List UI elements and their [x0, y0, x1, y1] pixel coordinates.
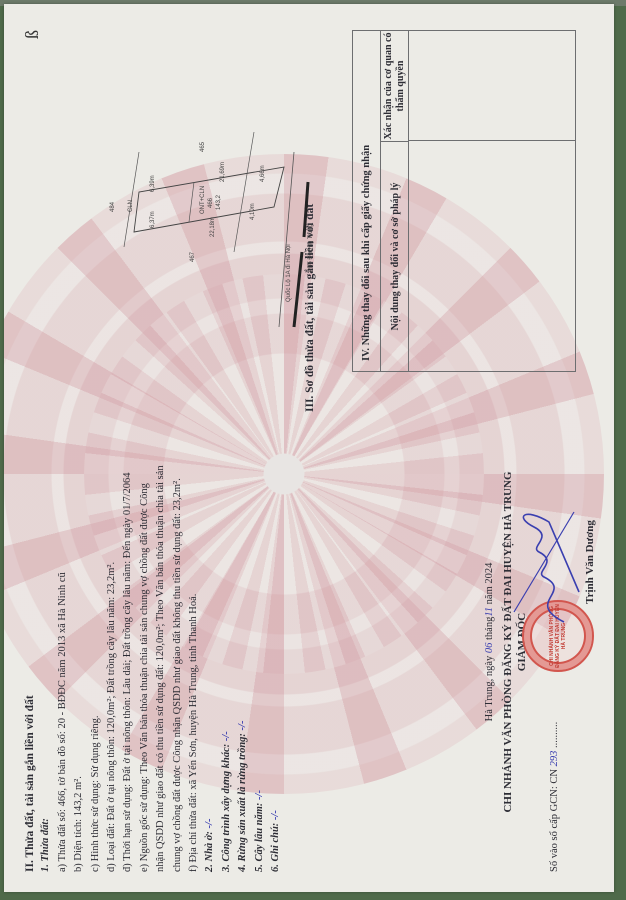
- dim: 6,39m: [150, 175, 156, 192]
- land-type-line: d) Loại đất: Đất ở tại nông thôn: 120,0m…: [104, 432, 120, 872]
- parcel-number-line: a) Thửa đất số: 466, tờ bản đồ số: 20 - …: [55, 432, 71, 872]
- dim: 6,37m: [150, 211, 156, 228]
- item-note: 6. Ghi chú: -/-: [268, 432, 284, 872]
- usage-term-line: đ) Thời hạn sử dụng: Đất ở tại nông thôn…: [120, 432, 136, 872]
- year: năm 2024: [484, 563, 495, 605]
- dim: 4,66m: [260, 165, 266, 182]
- section-2-subheading: 1. Thửa đất:: [38, 432, 54, 872]
- col-change-content: Nội dung thay đổi và cơ sở pháp lý: [381, 141, 409, 371]
- origin-line-1: e) Nguồn gốc sử dụng: Theo Văn bản thỏa …: [137, 432, 153, 872]
- parcel-area: 143,2: [216, 194, 222, 210]
- section-4-heading: IV. Những thay đổi sau khi cấp giấy chứn…: [353, 31, 381, 371]
- neighbor-465: 465: [200, 141, 206, 152]
- signer-name: Trịnh Văn Dương: [584, 462, 596, 662]
- origin-line-3: chung vợ chồng đất được Công nhận QSDD n…: [170, 432, 186, 872]
- neighbor-467: 467: [190, 251, 196, 262]
- item-label: 4. Rừng sản xuất là rừng trồng:: [237, 733, 248, 872]
- issuing-organization: CHI NHÁNH VĂN PHÒNG ĐĂNG KÝ ĐẤT ĐAI HUYỆ…: [502, 422, 514, 862]
- item-forest: 4. Rừng sản xuất là rừng trồng: -/-: [235, 432, 251, 872]
- area-line: b) Diện tích: 143,2 m².: [71, 432, 87, 872]
- rotated-content: II. Thửa đất, tài sản gắn liền với đất 1…: [4, 12, 614, 892]
- lane-label: Phố Đường Trung: [308, 224, 314, 272]
- day: 06: [484, 643, 495, 654]
- origin-line-2: nhận QSDD như giao đất có thu tiền sử dụ…: [153, 432, 169, 872]
- date-prefix: Hà Trung, ngày: [484, 656, 495, 722]
- item-other-construction: 3. Công trình xây dựng khác: -/-: [219, 432, 235, 872]
- section-2-land-parcel: II. Thửa đất, tài sản gắn liền với đất 1…: [22, 432, 285, 872]
- usage-form-line: c) Hình thức sử dụng: Sử dụng riêng.: [88, 432, 104, 872]
- month: 11: [484, 607, 495, 617]
- table-divider: [409, 140, 575, 141]
- road-label: Quốc Lộ 1A đi Hà Nội: [286, 244, 292, 302]
- item-label: 5. Cây lâu năm:: [254, 803, 265, 872]
- code: CLN: [128, 200, 134, 212]
- dim: 4,10m: [250, 203, 256, 220]
- serial-dots: ..........: [549, 722, 560, 748]
- serial-number: 293: [549, 751, 560, 767]
- registration-serial: Số vào sổ cấp GCN: CN 293 ..........: [549, 722, 560, 872]
- item-value: -/-: [221, 731, 232, 741]
- item-label: 3. Công trình xây dựng khác:: [221, 744, 232, 872]
- item-house: 2. Nhà ở: -/-: [202, 432, 218, 872]
- road-line: [294, 182, 308, 327]
- issue-date: Hà Trung, ngày 06 tháng11 năm 2024: [484, 422, 495, 862]
- address-line: f) Địa chỉ thửa đất: xã Yến Sơn, huyện H…: [186, 432, 202, 872]
- item-value: -/-: [270, 810, 281, 820]
- item-value: -/-: [204, 819, 215, 829]
- neighbor-484: 484: [110, 201, 116, 212]
- serial-label: Số vào sổ cấp GCN: CN: [549, 769, 560, 872]
- dim: 22,18m: [210, 217, 216, 237]
- item-label: 6. Ghi chú:: [270, 823, 281, 872]
- certificate-page: II. Thửa đất, tài sản gắn liền với đất 1…: [4, 4, 614, 892]
- section-2-heading: II. Thửa đất, tài sản gắn liền với đất: [22, 432, 38, 872]
- parcel-code: ONT+CLN: [200, 186, 206, 214]
- month-prefix: tháng: [484, 617, 495, 640]
- parcel-number: 466: [208, 197, 214, 208]
- corner-seal-mark: ß: [22, 30, 43, 39]
- section-4-changes-table: IV. Những thay đổi sau khi cấp giấy chứn…: [352, 30, 576, 372]
- item-perennial: 5. Cây lâu năm: -/-: [252, 432, 268, 872]
- item-label: 2. Nhà ở:: [204, 831, 215, 872]
- dim: 21,69m: [220, 162, 226, 182]
- item-value: -/-: [237, 721, 248, 731]
- col-authority-confirmation: Xác nhận của cơ quan có thẩm quyền: [381, 31, 409, 141]
- item-value: -/-: [254, 790, 265, 800]
- handwritten-signature: [504, 502, 584, 632]
- parcel-diagram: Quốc Lộ 1A đi Hà Nội Phố Đường Trung ONT…: [94, 32, 314, 332]
